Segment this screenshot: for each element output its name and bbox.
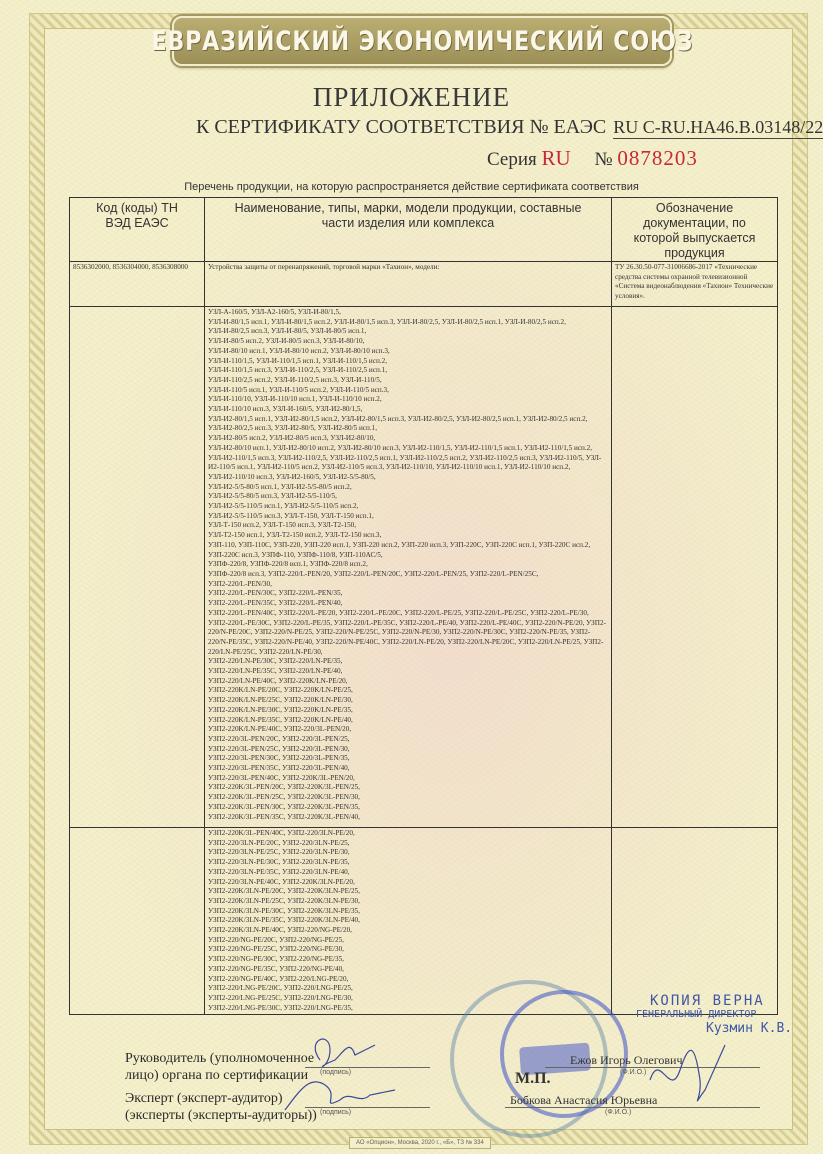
copy-stamp-line1: КОПИЯ ВЕРНА [636,994,792,1008]
model-line: УЗП2-220K/3L-PEN/25C, УЗП2-220K/3L-PEN/3… [208,793,608,803]
cell-codes [70,307,205,828]
model-line: УЗП-110, УЗП-110С, УЗП-220, УЗП-220 исп.… [208,541,608,560]
model-line: УЗП2-220/NG-PE/30C, УЗП2-220/NG-PE/35, [208,955,608,965]
model-line: УЗЛ-И2-80/2,5 исп.3, УЗЛ-И2-80/5, УЗЛ-И2… [208,424,608,434]
series-label: Серия [487,149,537,170]
model-line: УЗП2-220K/3L-PEN/20C, УЗП2-220K/3L-PEN/2… [208,783,608,793]
model-line: УЗП2-220/L-PEN/40C, УЗП2-220/L-PE/20, УЗ… [208,609,608,658]
cell-codes [70,828,205,1015]
model-line: УЗП2-220/L-PEN/30, [208,580,608,590]
director-signature-icon [640,1040,730,1115]
cell-codes: 8536302000, 8536304000, 8536308000 [70,262,205,307]
model-line: УЗЛ-И-80/2,5 исп.3, УЗЛ-И-80/5, УЗЛ-И-80… [208,327,608,337]
model-line: УЗЛ-И2-80/1,5 исп.1, УЗЛ-И2-80/1,5 исп.2… [208,415,608,425]
model-line: УЗП2-220/NG-PE/25C, УЗП2-220/NG-PE/30, [208,945,608,955]
certificate-subtitle: К СЕРТИФИКАТУ СООТВЕТСТВИЯ № ЕАЭС RU C-R… [196,116,823,139]
model-line: УЗП2-220K/LN-PE/30C, УЗП2-220K/LN-PE/35, [208,706,608,716]
form-number: 0878203 [617,146,698,170]
model-line: УЗП2-220/3LN-PE/20C, УЗП2-220/3LN-PE/25, [208,839,608,849]
model-line: УЗЛ-И2-5/5-110/5 исп.3, УЗЛ-Т-150, УЗЛ-Т… [208,512,608,522]
series-value: RU [542,146,571,170]
expert-name-hint: (Ф.И.О.) [605,1109,631,1116]
expert-signature-icon [280,1070,400,1120]
header-documentation: Обозначение документации, по которой вып… [612,198,778,262]
printer-imprint: АО «Опцион», Москва, 2020 г., «Б», ТЗ № … [349,1137,491,1149]
expert-name: Бобкова Анастасия Юрьевна [510,1093,657,1108]
model-line: УЗПФ-220/8, УЗПФ-220/8 исп.1, УЗПФ-220/8… [208,560,608,570]
model-line: УЗЛ-И2-80/10 исп.1, УЗЛ-И2-80/10 исп.2, … [208,444,608,473]
model-line: УЗП2-220/NG-PE/35C, УЗП2-220/NG-PE/40, [208,965,608,975]
union-banner: ЕВРАЗИЙСКИЙ ЭКОНОМИЧЕСКИЙ СОЮЗ [172,16,672,66]
model-line: УЗЛ-И-110/1,5 исп.3, УЗЛ-И-110/2,5, УЗЛ-… [208,366,608,376]
model-line: УЗЛ-И2-5/5-80/5 исп.3, УЗЛ-И2-5/5-110/5, [208,492,608,502]
model-line: УЗП2-220K/LN-PE/40C, УЗП2-220/3L-PEN/20, [208,725,608,735]
series-row: Серия RU № 0878203 [487,146,698,171]
model-line: УЗП2-220/L-PEN/30C, УЗП2-220/L-PEN/35, [208,589,608,599]
model-line: УЗЛ-И2-80/5 исп.2, УЗЛ-И2-80/5 исп.3, УЗ… [208,434,608,444]
model-line: УЗП2-220K/3LN-PE/20C, УЗП2-220K/3LN-PE/2… [208,887,608,897]
model-line: УЗП2-220/3L-PEN/35C, УЗП2-220/3L-PEN/40, [208,764,608,774]
model-line: УЗЛ-И-110/10, УЗЛ-И-110/10 исп.1, УЗЛ-И-… [208,395,608,405]
seal-label: М.П. [515,1070,551,1088]
model-line: УЗП2-220K/LN-PE/35C, УЗП2-220K/LN-PE/40, [208,716,608,726]
model-line: УЗЛ-И2-5/5-80/5 исп.1, УЗЛ-И2-5/5-80/5 и… [208,483,608,493]
copy-stamp-line3: Кузмин К.В. [636,1022,792,1036]
model-line: УЗП2-220K/3L-PEN/40C, УЗП2-220/3LN-PE/20… [208,829,608,839]
model-line: УЗП2-220/3L-PEN/20C, УЗП2-220/3L-PEN/25, [208,735,608,745]
model-line: УЗП2-220/LN-PE/35C, УЗП2-220/LN-PE/40, [208,667,608,677]
model-line: УЗП2-220/3L-PEN/30C, УЗП2-220/3L-PEN/35, [208,754,608,764]
copy-stamp-line2: ГЕНЕРАЛЬНЫЙ ДИРЕКТОР [636,1008,792,1022]
cell-documentation [612,828,778,1015]
table-header-row: Код (коды) ТН ВЭД ЕАЭС Наименование, тип… [70,198,778,262]
list-caption: Перечень продукции, на которую распростр… [0,181,823,193]
model-line: УЗЛ-И2-110/10 исп.3, УЗЛ-И2-160/5, УЗЛ-И… [208,473,608,483]
model-line: УЗП2-220K/3LN-PE/40C, УЗП2-220/NG-PE/20, [208,926,608,936]
number-label: № [594,149,612,170]
header-codes: Код (коды) ТН ВЭД ЕАЭС [70,198,205,262]
model-line: УЗЛ-И-110/2,5 исп.2, УЗЛ-И-110/2,5 исп.3… [208,376,608,386]
model-line: УЗП2-220K/3L-PEN/35C, УЗП2-220K/3L-PEN/4… [208,813,608,823]
table-row: УЗП2-220K/3L-PEN/40C, УЗП2-220/3LN-PE/20… [70,828,778,1015]
cell-documentation: ТУ 26.30.50-077-31006686-2017 «Техническ… [612,262,778,307]
model-line: УЗЛ-И-80/10 исп.1, УЗЛ-И-80/10 исп.2, УЗ… [208,347,608,357]
model-line: УЗЛ-И-110/10 исп.3, УЗЛ-И-160/5, УЗЛ-И2-… [208,405,608,415]
model-line: УЗП2-220/3LN-PE/35C, УЗП2-220/3LN-PE/40, [208,868,608,878]
model-line: УЗП2-220/3L-PEN/40C, УЗП2-220K/3L-PEN/20… [208,774,608,784]
model-line: УЗП2-220/3L-PEN/25C, УЗП2-220/3L-PEN/30, [208,745,608,755]
document-title: ПРИЛОЖЕНИЕ [0,82,823,113]
cell-name: Устройства защиты от перенапряжений, тор… [205,262,612,307]
model-line: УЗП2-220K/LN-PE/20C, УЗП2-220K/LN-PE/25, [208,686,608,696]
model-line: УЗПФ-220/8 исп.3, УЗП2-220/L-PEN/20, УЗП… [208,570,608,580]
subtitle-prefix: К СЕРТИФИКАТУ СООТВЕТСТВИЯ № ЕАЭС [196,116,606,138]
model-line: УЗЛ-И-110/1,5, УЗЛ-И-110/1,5 исп.1, УЗЛ-… [208,357,608,367]
model-line: УЗП2-220K/3LN-PE/30C, УЗП2-220K/3LN-PE/3… [208,907,608,917]
model-line: УЗП2-220/3LN-PE/40C, УЗП2-220K/3LN-PE/20… [208,878,608,888]
cell-models-list: УЗЛ-А-160/5, УЗЛ-А2-160/5, УЗЛ-И-80/1,5,… [205,307,612,828]
table-row: УЗЛ-А-160/5, УЗЛ-А2-160/5, УЗЛ-И-80/1,5,… [70,307,778,828]
table-row: 8536302000, 8536304000, 8536308000 Устро… [70,262,778,307]
model-line: УЗП2-220/3LN-PE/30C, УЗП2-220/3LN-PE/35, [208,858,608,868]
model-line: УЗП2-220K/LN-PE/25C, УЗП2-220K/LN-PE/30, [208,696,608,706]
model-line: УЗЛ-А-160/5, УЗЛ-А2-160/5, УЗЛ-И-80/1,5, [208,308,608,318]
products-table: Код (коды) ТН ВЭД ЕАЭС Наименование, тип… [69,197,778,1015]
model-line: УЗП2-220/3LN-PE/25C, УЗП2-220/3LN-PE/30, [208,848,608,858]
certificate-number: RU C-RU.HA46.B.03148/22 [613,117,823,139]
model-line: УЗП2-220K/3LN-PE/35C, УЗП2-220K/3LN-PE/4… [208,916,608,926]
cell-documentation [612,307,778,828]
model-line: УЗЛ-И-80/1,5 исп.1, УЗЛ-И-80/1,5 исп.2, … [208,318,608,328]
model-line: УЗП2-220/NG-PE/20C, УЗП2-220/NG-PE/25, [208,936,608,946]
model-line: УЗП2-220/L-PEN/35C, УЗП2-220/L-PEN/40, [208,599,608,609]
model-line: УЗП2-220/LN-PE/40C, УЗП2-220K/LN-PE/20, [208,677,608,687]
model-line: УЗЛ-И-80/5 исп.2, УЗЛ-И-80/5 исп.3, УЗЛ-… [208,337,608,347]
copy-certified-stamp: КОПИЯ ВЕРНА ГЕНЕРАЛЬНЫЙ ДИРЕКТОР Кузмин … [636,994,792,1036]
model-line: УЗЛ-И2-5/5-110/5 исп.1, УЗЛ-И2-5/5-110/5… [208,502,608,512]
header-name: Наименование, типы, марки, модели продук… [205,198,612,262]
model-line: УЗЛ-Т-150 исп.2, УЗЛ-Т-150 исп.3, УЗЛ-Т2… [208,521,608,531]
model-line: УЗЛ-Т2-150 исп.1, УЗЛ-Т2-150 исп.2, УЗЛ-… [208,531,608,541]
model-line: УЗП2-220/LN-PE/30C, УЗП2-220/LN-PE/35, [208,657,608,667]
model-line: УЗП2-220K/3LN-PE/25C, УЗП2-220K/3LN-PE/3… [208,897,608,907]
union-banner-text: ЕВРАЗИЙСКИЙ ЭКОНОМИЧЕСКИЙ СОЮЗ [151,26,693,57]
model-line: УЗП2-220K/3L-PEN/30C, УЗП2-220K/3L-PEN/3… [208,803,608,813]
model-line: УЗЛ-И-110/5 исп.1, УЗЛ-И-110/5 исп.2, УЗ… [208,386,608,396]
